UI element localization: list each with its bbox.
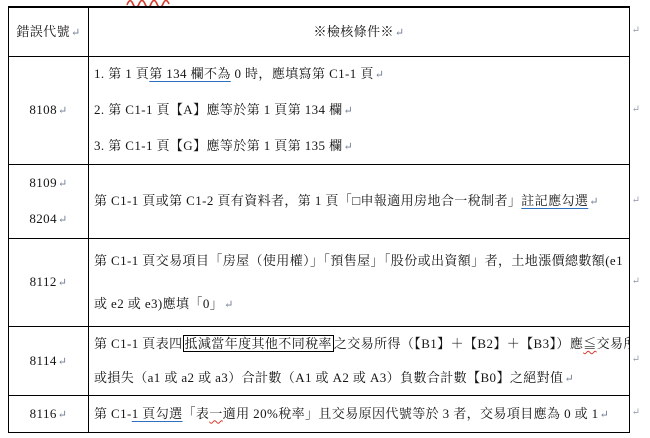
text-segment: 一 [209, 406, 222, 421]
text-line: 8116↵ [30, 406, 68, 423]
check-condition-cell: 第 C1-1 頁勾選「表一適用 20%稅率」且交易原因代號等於 3 者，交易項目… [89, 396, 629, 432]
text-segment: 適用 20%稅率」且交易原因代號等於 3 者，交易項目應為 0 或 1 [223, 406, 599, 421]
text-segment: 1. 第 1 頁 [94, 66, 149, 81]
text-segment: 第 C1- [94, 406, 132, 421]
table-row: 8116↵第 C1-1 頁勾選「表一適用 20%稅率」且交易原因代號等於 3 者… [9, 396, 629, 432]
header-cell-error-code: 錯誤代號↵ [9, 8, 89, 56]
paragraph-mark: ↵ [344, 105, 354, 117]
text-line: 1. 第 1 頁第 134 欄不為 0 時，應填寫第 C1-1 頁↵ [94, 66, 626, 83]
row-end-mark: ↵ [632, 104, 640, 115]
text-segment: 0 時，應填寫第 C1-1 頁 [231, 66, 374, 81]
text-segment: 8109 [29, 175, 57, 190]
text-segment: 「表 [183, 406, 210, 421]
error-code-cell: 8108↵ [9, 57, 89, 164]
error-code-table: 錯誤代號↵ ※檢核條件※↵ ↵ 8108↵1. 第 1 頁第 134 欄不為 0… [8, 6, 630, 433]
check-condition-cell: 第 C1-1 頁表四抵減當年度其他不同稅率之交易所得（【B1】＋【B2】＋【B3… [89, 327, 629, 395]
row-end-mark: ↵ [632, 195, 640, 206]
text-line: ※檢核條件※↵ [313, 24, 404, 41]
text-segment: ※檢核條件※ [313, 24, 393, 39]
text-segment: 或 e2 或 e3)應填「0」 [94, 296, 223, 311]
error-code-cell: 8114↵ [9, 327, 89, 395]
text-line: 或損失（a1 或 a2 或 a3）合計數（A1 或 A2 或 A3）負數合計數【… [94, 370, 626, 387]
header-cell-check-conditions: ※檢核條件※↵ [89, 8, 629, 56]
paragraph-mark: ↵ [564, 373, 574, 385]
paragraph-mark: ↵ [395, 27, 405, 39]
paragraph-mark: ↵ [58, 214, 68, 226]
text-line: 8108↵ [29, 102, 67, 119]
paragraph-mark: ↵ [224, 299, 234, 311]
paragraph-mark: ↵ [58, 409, 68, 421]
row-end-mark: ↵ [632, 276, 640, 287]
text-segment: 8114 [30, 353, 57, 368]
text-line: 8114↵ [30, 353, 68, 370]
text-segment: 交易所得 [597, 336, 629, 351]
text-segment: 抵減當年度其他不同稅率 [183, 335, 334, 352]
text-segment: 之交易所得（【B1】＋【B2】＋【B3】）應 [334, 336, 583, 351]
paragraph-mark: ↵ [589, 196, 599, 208]
paragraph-mark: ↵ [58, 178, 68, 190]
table-row: 8114↵第 C1-1 頁表四抵減當年度其他不同稅率之交易所得（【B1】＋【B2… [9, 327, 629, 396]
paragraph-mark: ↵ [71, 27, 81, 39]
error-code-cell: 8112↵ [9, 239, 89, 326]
row-end-mark: ↵ [632, 354, 640, 365]
text-line: 8204↵ [29, 211, 67, 228]
check-condition-cell: 第 C1-1 頁或第 C1-2 頁有資料者，第 1 頁「□申報適用房地合一稅制者… [89, 165, 629, 238]
text-line: 3. 第 C1-1 頁【G】應等於第 1 頁第 135 欄↵ [94, 138, 626, 155]
text-segment: 3. 第 C1-1 頁【G】應等於第 1 頁第 135 欄 [94, 138, 343, 153]
paragraph-mark: ↵ [600, 409, 610, 421]
text-segment: 8204 [29, 211, 57, 226]
text-segment: 第 C1-1 頁或第 C1-2 頁有資料者，第 1 頁「□申報適用房地合一稅制者… [94, 193, 521, 208]
paragraph-mark: ↵ [344, 141, 354, 153]
table-row: 8112↵第 C1-1 頁交易項目「房屋（使用權）」「預售屋」「股份或出資額」者… [9, 239, 629, 327]
paragraph-mark: ↵ [375, 69, 385, 81]
text-line: 第 C1-1 頁交易項目「房屋（使用權）」「預售屋」「股份或出資額」者，土地漲價… [94, 253, 626, 269]
text-segment: 第 134 欄不為 [149, 66, 231, 81]
text-segment: 2. 第 C1-1 頁【A】應等於第 1 頁第 134 欄 [94, 102, 343, 117]
text-line: 2. 第 C1-1 頁【A】應等於第 1 頁第 134 欄↵ [94, 102, 626, 119]
table-row: 8108↵1. 第 1 頁第 134 欄不為 0 時，應填寫第 C1-1 頁↵2… [9, 57, 629, 165]
text-segment: 8108 [29, 102, 57, 117]
paragraph-mark: ↵ [58, 356, 68, 368]
text-segment: 8112 [30, 274, 57, 289]
text-line: 第 C1-1 頁勾選「表一適用 20%稅率」且交易原因代號等於 3 者，交易項目… [94, 406, 626, 423]
text-segment: ≦ [583, 336, 596, 351]
error-code-cell: 8116↵ [9, 396, 89, 432]
text-line: 或 e2 或 e3)應填「0」↵ [94, 296, 626, 313]
text-segment: 1 頁勾選 [132, 406, 183, 421]
row-end-mark: ↵ [632, 407, 640, 418]
paragraph-mark: ↵ [58, 105, 68, 117]
text-segment: 註記應勾選 [521, 193, 588, 208]
row-end-mark: ↵ [632, 25, 640, 36]
text-line: 第 C1-1 頁或第 C1-2 頁有資料者，第 1 頁「□申報適用房地合一稅制者… [94, 193, 626, 210]
text-segment: 錯誤代號 [16, 24, 70, 39]
text-line: 第 C1-1 頁表四抵減當年度其他不同稅率之交易所得（【B1】＋【B2】＋【B3… [94, 336, 626, 352]
table-row: 8109↵8204↵第 C1-1 頁或第 C1-2 頁有資料者，第 1 頁「□申… [9, 165, 629, 239]
text-line: 錯誤代號↵ [16, 24, 80, 41]
text-segment: 第 C1-1 頁表四 [94, 336, 183, 351]
text-segment: 8116 [30, 406, 57, 421]
error-code-cell: 8109↵8204↵ [9, 165, 89, 238]
text-line: 8109↵ [29, 175, 67, 192]
document-page: 錯誤代號↵ ※檢核條件※↵ ↵ 8108↵1. 第 1 頁第 134 欄不為 0… [0, 0, 650, 438]
paragraph-mark: ↵ [58, 277, 68, 289]
text-segment: 或損失（a1 或 a2 或 a3）合計數（A1 或 A2 或 A3）負數合計數【… [94, 370, 563, 385]
text-line: 8112↵ [30, 274, 68, 291]
check-condition-cell: 第 C1-1 頁交易項目「房屋（使用權）」「預售屋」「股份或出資額」者，土地漲價… [89, 239, 629, 326]
check-condition-cell: 1. 第 1 頁第 134 欄不為 0 時，應填寫第 C1-1 頁↵2. 第 C… [89, 57, 629, 164]
text-segment: 第 C1-1 頁交易項目「房屋（使用權）」「預售屋」「股份或出資額」者，土地漲價… [94, 253, 623, 268]
table-header-row: 錯誤代號↵ ※檢核條件※↵ ↵ [9, 8, 629, 57]
